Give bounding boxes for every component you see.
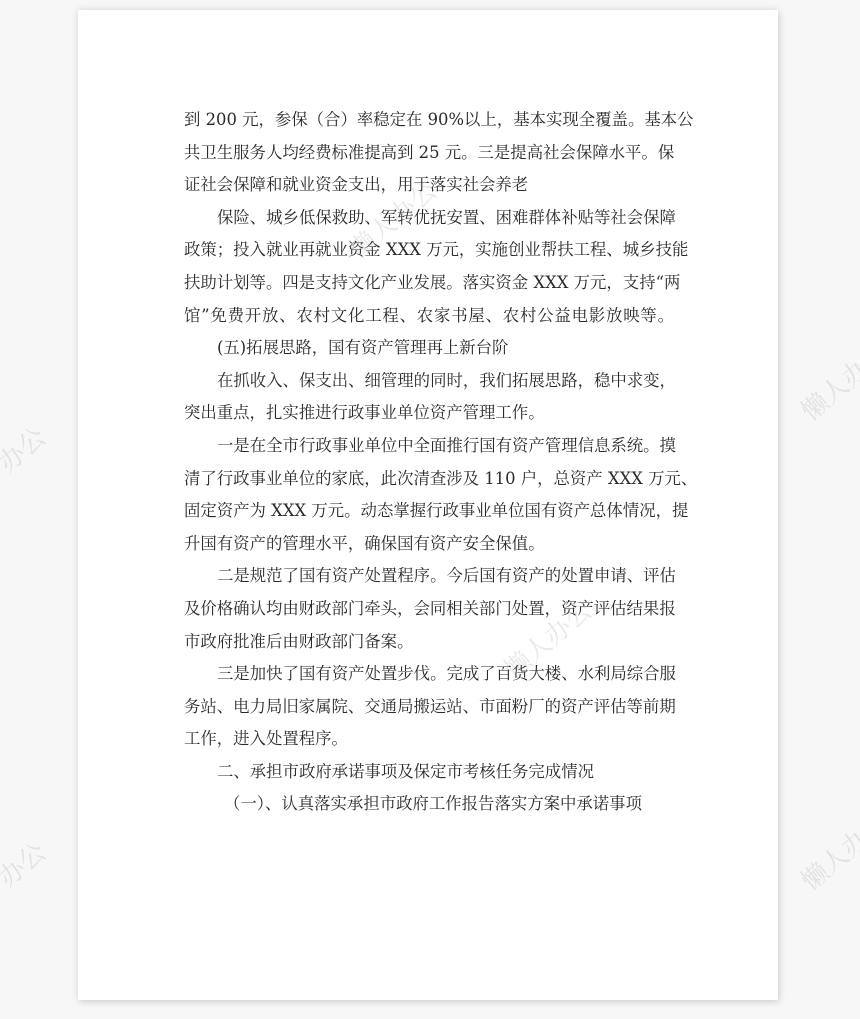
watermark: 懒人办 [792,349,860,427]
text-line: 升国有资产的管理水平，确保国有资产安全保值。 [184,528,674,561]
subsection-heading: （一）、认真落实承担市政府工作报告落实方案中承诺事项 [184,788,674,821]
watermark: 办公 [0,833,53,895]
text-line: 市政府批准后由财政部门备案。 [184,626,674,659]
text-line: 务站、电力局旧家属院、交通局搬运站、市面粉厂的资产评估等前期 [184,691,674,724]
text-line: 突出重点，扎实推进行政事业单位资产管理工作。 [184,397,674,430]
document-page: 到 200 元，参保（合）率稳定在 90%以上，基本实现全覆盖。基本公 共卫生服… [78,10,778,1000]
text-line: 固定资产为 XXX 万元。动态掌握行政事业单位国有资产总体情况，提 [184,495,674,528]
text-line: 及价格确认均由财政部门牵头，会同相关部门处置，资产评估结果报 [184,593,674,626]
text-line: 扶助计划等。四是支持文化产业发展。落实资金 XXX 万元，支持“两 [184,267,674,300]
text-line: 保险、城乡低保救助、军转优抚安置、困难群体补贴等社会保障 [184,202,674,235]
text-line: 馆”免费开放、农村文化工程、农家书屋、农村公益电影放映等。 [184,300,674,333]
text-line: 证社会保障和就业资金支出，用于落实社会养老 [184,169,674,202]
section-heading: 二、承担市政府承诺事项及保定市考核任务完成情况 [184,756,674,789]
text-line: 三是加快了国有资产处置步伐。完成了百货大楼、水利局综合服 [184,658,674,691]
document-body: 到 200 元，参保（合）率稳定在 90%以上，基本实现全覆盖。基本公 共卫生服… [184,104,674,821]
text-line: 共卫生服务人均经费标准提高到 25 元。三是提高社会保障水平。保 [184,137,674,170]
watermark: 办公 [0,418,53,480]
text-line: 在抓收入、保支出、细管理的同时，我们拓展思路，稳中求变， [184,365,674,398]
text-line: 工作，进入处置程序。 [184,723,674,756]
text-line: 清了行政事业单位的家底，此次清查涉及 110 户，总资产 XXX 万元、 [184,463,674,496]
text-line: 二是规范了国有资产处置程序。今后国有资产的处置申请、评估 [184,560,674,593]
text-line: 政策；投入就业再就业资金 XXX 万元，实施创业帮扶工程、城乡技能 [184,234,674,267]
text-line: 到 200 元，参保（合）率稳定在 90%以上，基本实现全覆盖。基本公 [184,104,674,137]
watermark: 懒人办 [792,819,860,897]
section-heading: (五)拓展思路，国有资产管理再上新台阶 [184,332,674,365]
text-line: 一是在全市行政事业单位中全面推行国有资产管理信息系统。摸 [184,430,674,463]
